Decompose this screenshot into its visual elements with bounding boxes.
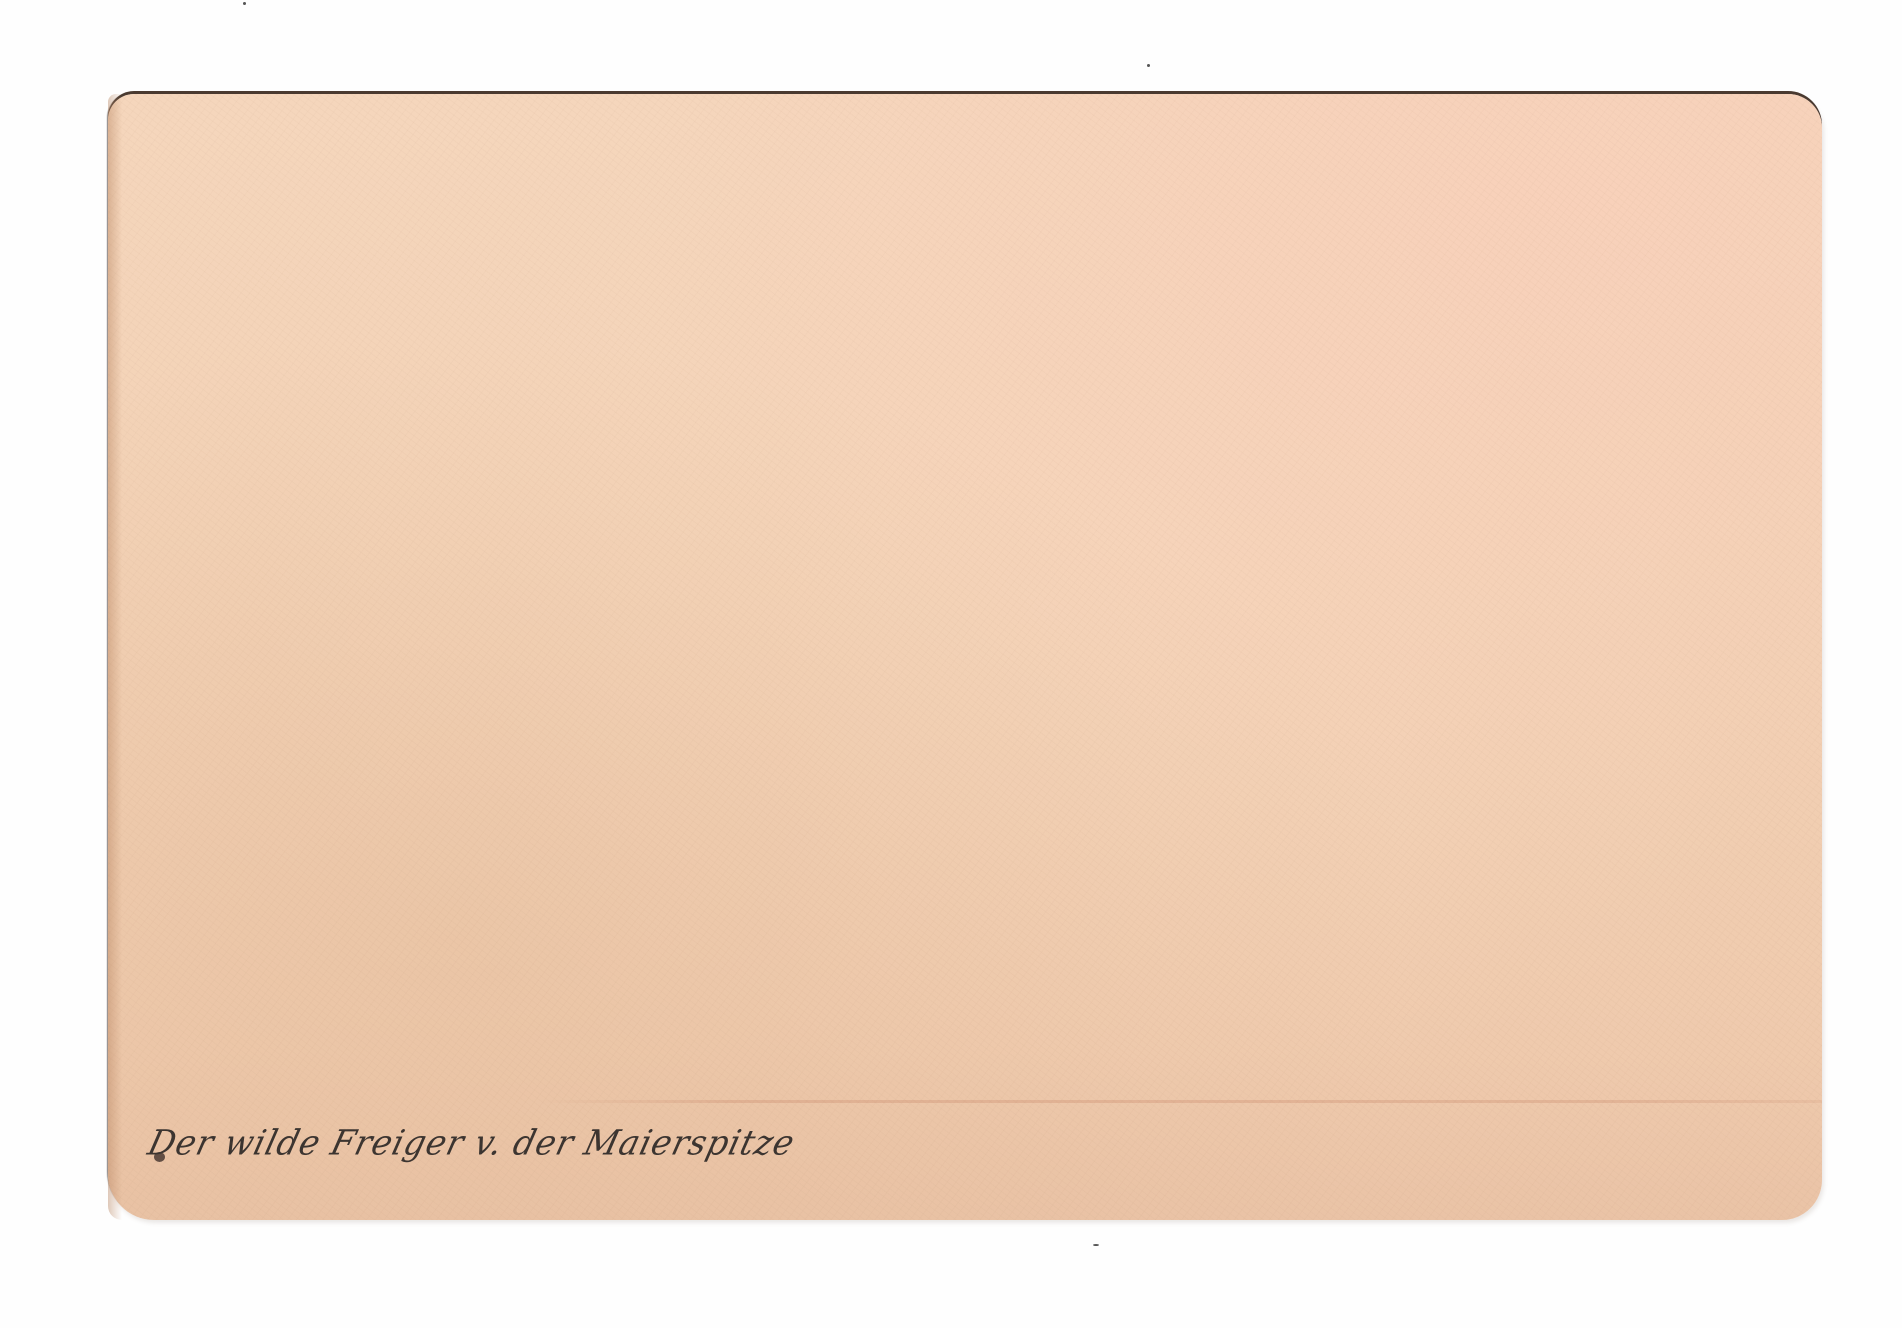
handwritten-caption: Der wilde Freiger v. der Maierspitze xyxy=(144,1122,799,1163)
scan-background: Der wilde Freiger v. der Maierspitze xyxy=(0,0,1902,1328)
dust-speck xyxy=(1093,1244,1099,1246)
photo-card-back: Der wilde Freiger v. der Maierspitze xyxy=(108,94,1822,1220)
dust-speck xyxy=(1147,64,1150,67)
card-crease-line xyxy=(538,1100,1822,1103)
dust-speck xyxy=(243,2,246,5)
